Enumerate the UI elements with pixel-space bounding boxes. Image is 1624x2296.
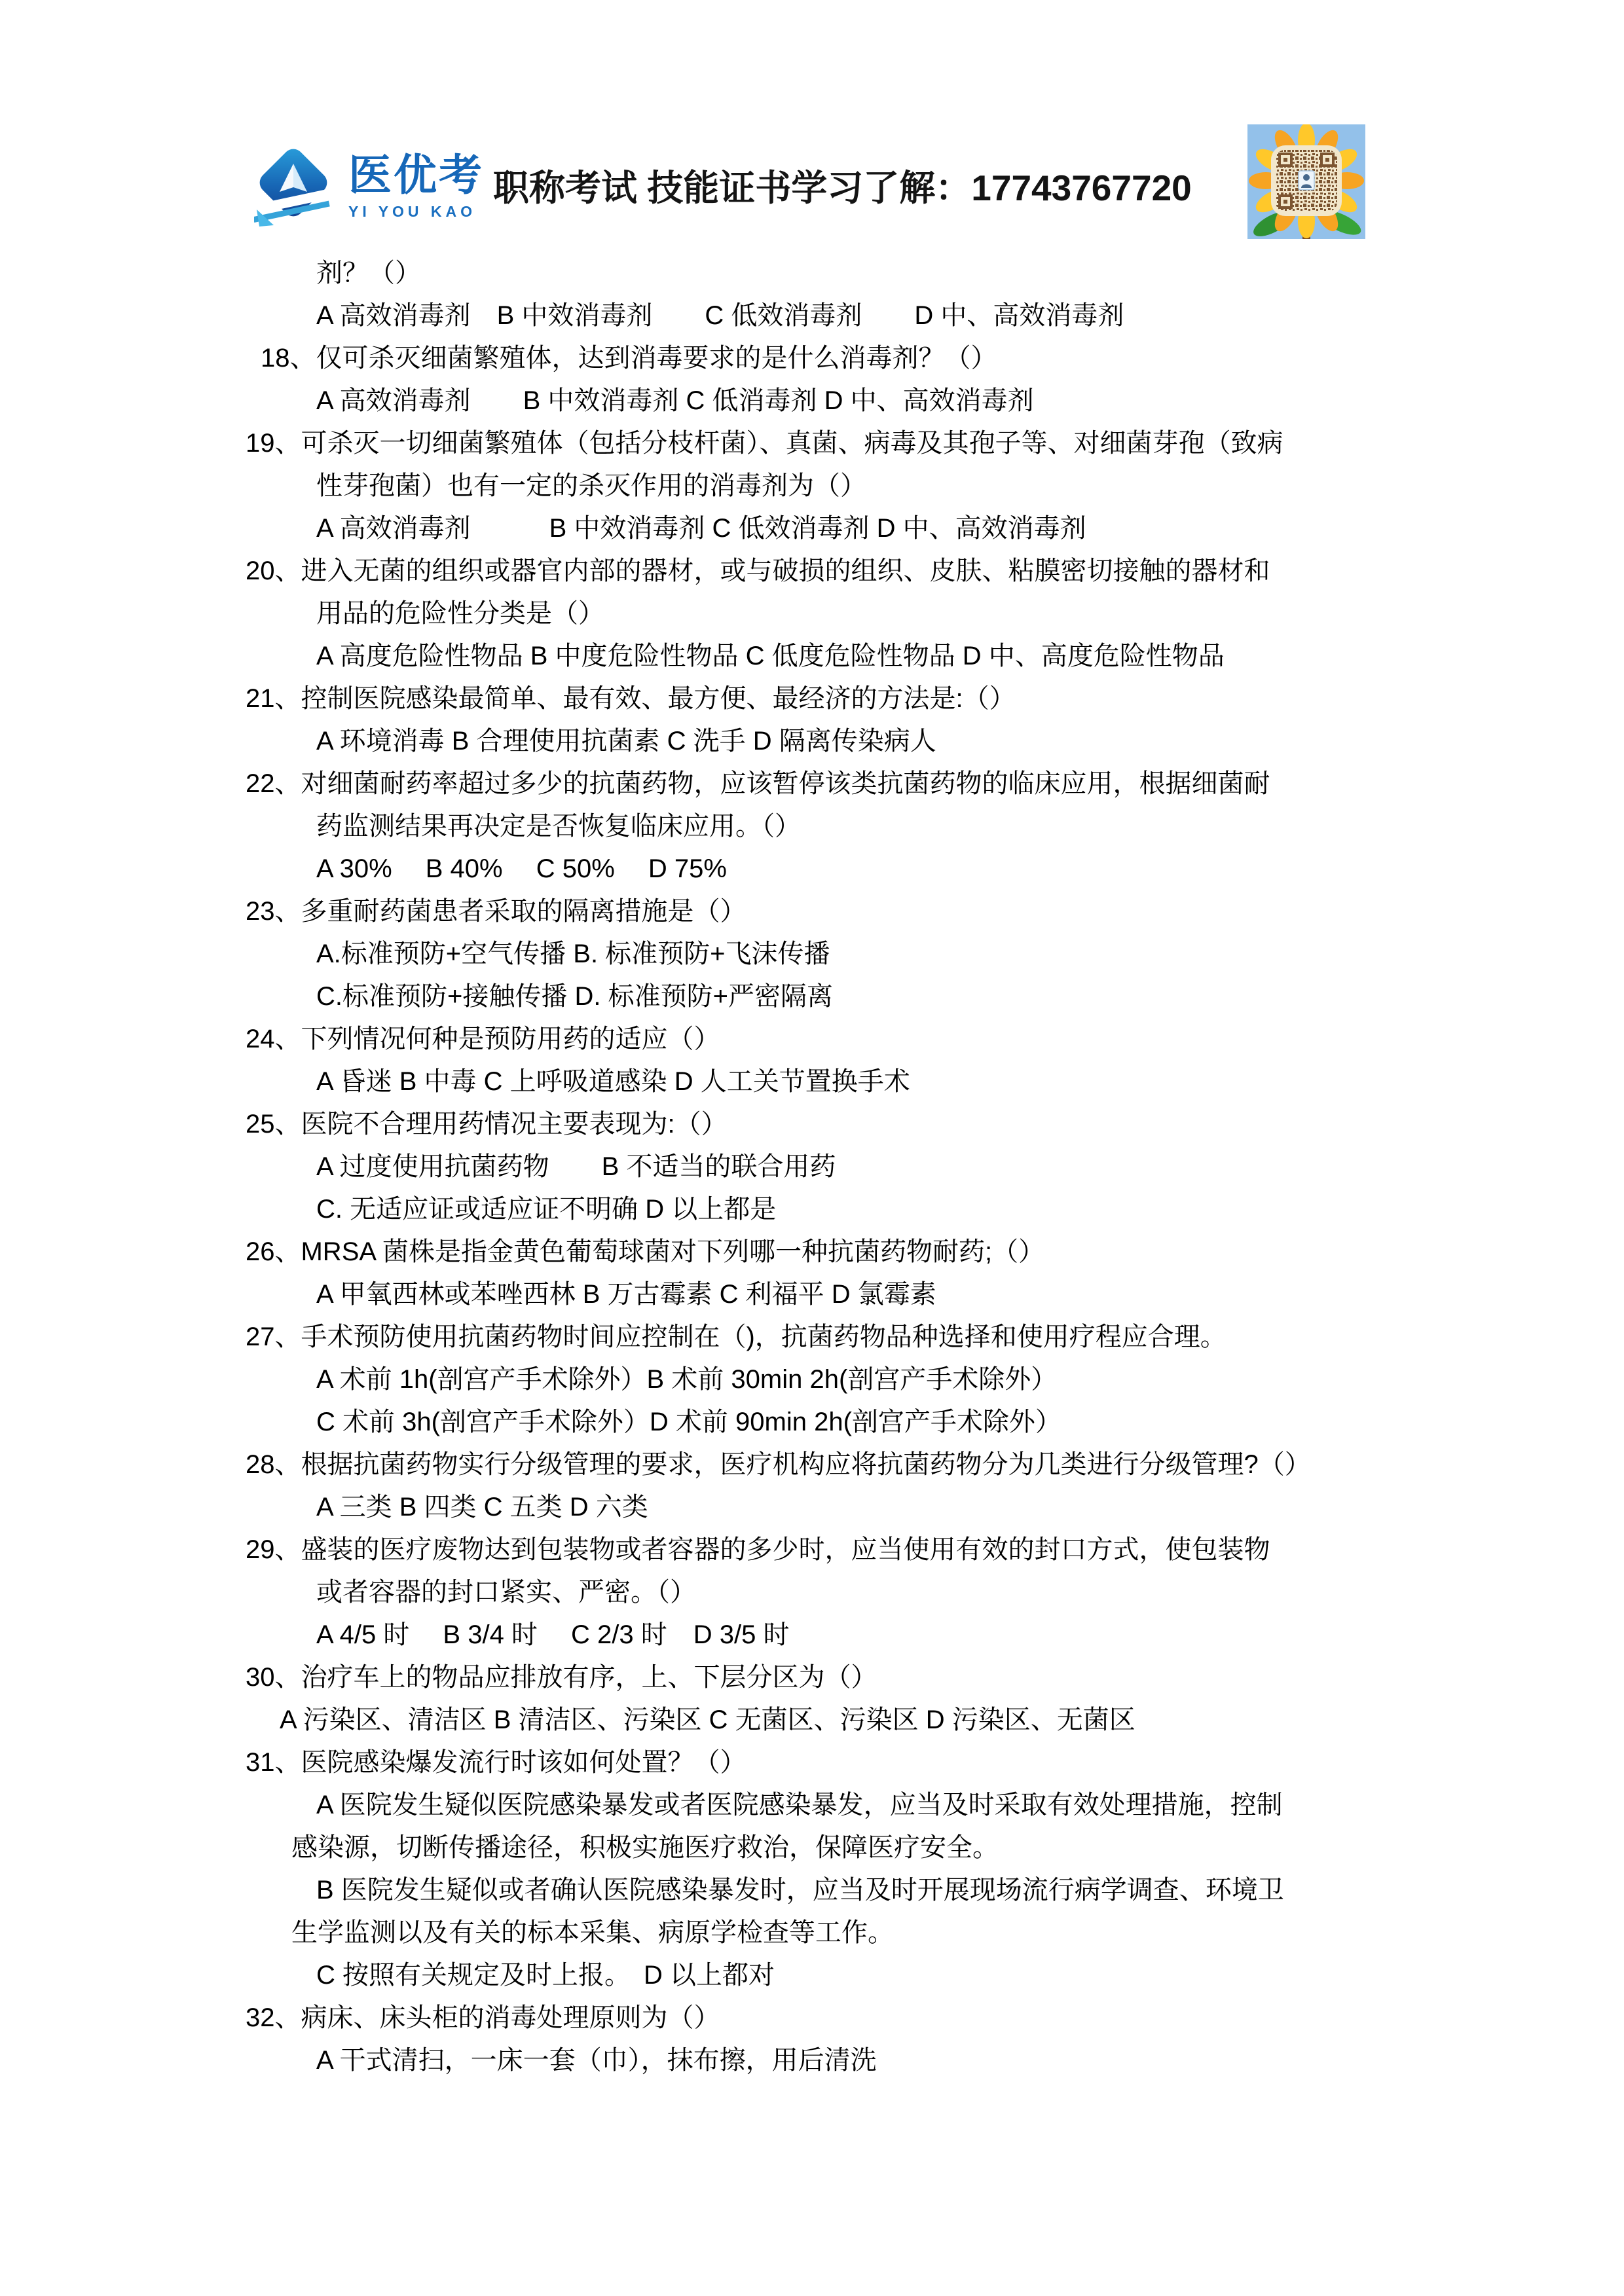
question-20-continuation: 用品的危险性分类是（） (246, 592, 1398, 635)
question-31: 31、医院感染爆发流行时该如何处置？（） (246, 1741, 1398, 1784)
question-21-options: A 环境消毒 B 合理使用抗菌素 C 洗手 D 隔离传染病人 (246, 720, 1398, 763)
question-25-options-ab: A 过度使用抗菌药物 B 不适当的联合用药 (246, 1146, 1398, 1188)
question-24-options: A 昏迷 B 中毒 C 上呼吸道感染 D 人工关节置换手术 (246, 1061, 1398, 1103)
brand-block: 医优考 YI YOU KAO (348, 152, 486, 221)
question-29: 29、盛装的医疗废物达到包装物或者容器的多少时，应当使用有效的封口方式，使包装物 (246, 1529, 1398, 1571)
qr-finder-top-right (1320, 153, 1335, 167)
question-30-options: A 污染区、清洁区 B 清洁区、污染区 C 无菌区、污染区 D 污染区、无菌区 (246, 1699, 1398, 1741)
wechat-qr-code (1247, 124, 1365, 239)
question-27-options-ab: A 术前 1h(剖宫产手术除外）B 术前 30min 2h(剖宫产手术除外） (246, 1358, 1398, 1401)
brand-subtitle: YI YOU KAO (348, 203, 486, 221)
question-17-options: A 高效消毒剂 B 中效消毒剂 C 低效消毒剂 D 中、高效消毒剂 (246, 295, 1398, 337)
question-18-options: A 高效消毒剂 B 中效消毒剂 C 低消毒剂 D 中、高效消毒剂 (246, 380, 1398, 422)
question-24: 24、下列情况何种是预防用药的适应（） (246, 1018, 1398, 1061)
question-27-options-cd: C 术前 3h(剖宫产手术除外）D 术前 90min 2h(剖宫产手术除外） (246, 1401, 1398, 1444)
question-31-option-b: B 医院发生疑似或者确认医院感染暴发时，应当及时开展现场流行病学调查、环境卫 (246, 1869, 1398, 1912)
question-20: 20、进入无菌的组织或器官内部的器材，或与破损的组织、皮肤、粘膜密切接触的器材和 (246, 550, 1398, 592)
question-17-continuation: 剂？（） (246, 252, 1398, 295)
question-31-options-cd: C 按照有关规定及时上报。 D 以上都对 (246, 1954, 1398, 1997)
question-29-continuation: 或者容器的封口紧实、严密。（） (246, 1571, 1398, 1614)
question-23: 23、多重耐药菌患者采取的隔离措施是（） (246, 890, 1398, 933)
qr-finder-bottom-left (1278, 194, 1293, 209)
question-19: 19、可杀灭一切细菌繁殖体（包括分枝杆菌）、真菌、病毒及其孢子等、对细菌芽孢（致… (246, 422, 1398, 465)
question-21: 21、控制医院感染最简单、最有效、最方便、最经济的方法是:（） (246, 678, 1398, 720)
question-25-options-cd: C. 无适应证或适应证不明确 D 以上都是 (246, 1188, 1398, 1231)
qr-finder-top-left (1278, 153, 1293, 167)
question-list: 剂？（） A 高效消毒剂 B 中效消毒剂 C 低效消毒剂 D 中、高效消毒剂 1… (246, 252, 1398, 2082)
question-19-continuation: 性芽孢菌）也有一定的杀灭作用的消毒剂为（） (246, 465, 1398, 507)
question-31-option-b-continuation: 生学监测以及有关的标本采集、病原学检查等工作。 (246, 1912, 1398, 1954)
question-23-options-ab: A.标准预防+空气传播 B. 标准预防+飞沫传播 (246, 933, 1398, 975)
question-32-options: A 干式清扫，一床一套（巾），抹布擦，用后清洗 (246, 2039, 1398, 2082)
question-20-options: A 高度危险性物品 B 中度危险性物品 C 低度危险性物品 D 中、高度危险性物… (246, 635, 1398, 678)
question-29-options: A 4/5 时 B 3/4 时 C 2/3 时 D 3/5 时 (246, 1614, 1398, 1656)
question-18: 18、仅可杀灭细菌繁殖体，达到消毒要求的是什么消毒剂？（） (246, 337, 1398, 380)
question-22: 22、对细菌耐药率超过多少的抗菌药物，应该暂停该类抗菌药物的临床应用，根据细菌耐 (246, 763, 1398, 805)
brand-name: 医优考 (348, 152, 486, 198)
question-28: 28、根据抗菌药物实行分级管理的要求，医疗机构应将抗菌药物分为几类进行分级管理?… (246, 1444, 1398, 1486)
question-28-options: A 三类 B 四类 C 五类 D 六类 (246, 1486, 1398, 1529)
question-31-option-a-continuation: 感染源，切断传播途径，积极实施医疗救治，保障医疗安全。 (246, 1827, 1398, 1869)
header-title: 职称考试 技能证书学习了解：17743767720 (493, 168, 1192, 208)
question-23-options-cd: C.标准预防+接触传播 D. 标准预防+严密隔离 (246, 975, 1398, 1018)
exam-document-page: 医优考 YI YOU KAO 职称考试 技能证书学习了解：17743767720 (0, 0, 1624, 2296)
question-30: 30、治疗车上的物品应排放有序，上、下层分区为（） (246, 1656, 1398, 1699)
question-22-continuation: 药监测结果再决定是否恢复临床应用。（） (246, 805, 1398, 848)
question-26-options: A 甲氧西林或苯唑西林 B 万古霉素 C 利福平 D 氯霉素 (246, 1273, 1398, 1316)
question-19-options: A 高效消毒剂 B 中效消毒剂 C 低效消毒剂 D 中、高效消毒剂 (246, 507, 1398, 550)
question-32: 32、病床、床头柜的消毒处理原则为（） (246, 1997, 1398, 2039)
question-22-options: A 30% B 40% C 50% D 75% (246, 848, 1398, 890)
question-31-option-a: A 医院发生疑似医院感染暴发或者医院感染暴发，应当及时采取有效处理措施，控制 (246, 1784, 1398, 1827)
question-27: 27、手术预防使用抗菌药物时间应控制在（)，抗菌药物品种选择和使用疗程应合理。 (246, 1316, 1398, 1358)
qr-center-avatar (1299, 171, 1314, 190)
yiyoukao-logo-icon (254, 144, 333, 237)
question-26: 26、MRSA 菌株是指金黄色葡萄球菌对下列哪一种抗菌药物耐药;（） (246, 1231, 1398, 1273)
question-25: 25、医院不合理用药情况主要表现为:（） (246, 1103, 1398, 1146)
